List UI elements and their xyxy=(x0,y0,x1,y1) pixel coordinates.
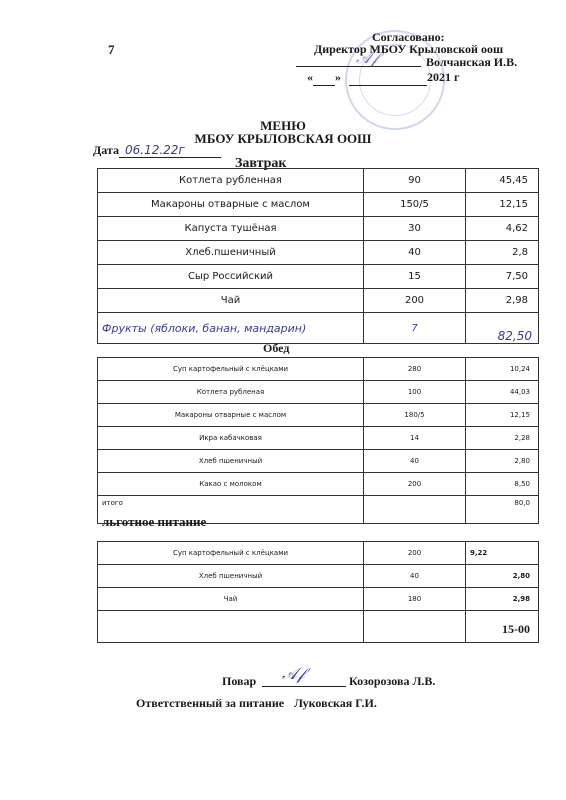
breakfast-table: Котлета рубленная9045,45Макароны отварны… xyxy=(97,168,539,344)
price: 2,28 xyxy=(466,427,539,450)
benefit-title: льготное питание xyxy=(102,514,206,530)
dish-name: Фрукты (яблоки, банан, мандарин) xyxy=(98,313,364,344)
total-qty xyxy=(364,496,466,524)
total-price: 80,0 xyxy=(466,496,539,524)
price: 44,03 xyxy=(466,381,539,404)
price: 82,50 xyxy=(466,313,539,344)
date-row: Дата06.12.22г xyxy=(93,143,221,158)
portion-size: 100 xyxy=(364,381,466,404)
dish-name: Икра кабачковая xyxy=(98,427,364,450)
portion-size: 30 xyxy=(364,217,466,241)
dish-name: Какао с молоком xyxy=(98,473,364,496)
portion-size: 180 xyxy=(364,588,466,611)
cook-signature: 𝒜𝒻 xyxy=(282,664,304,684)
price: 45,45 xyxy=(466,169,539,193)
dish-name: Макароны отварные с маслом xyxy=(98,404,364,427)
table-row: Хлеб пшеничный402,80 xyxy=(98,450,539,473)
table-row: Суп картофельный с клёцками2009,22 xyxy=(98,542,539,565)
director-signature: 𝒜𝒻 xyxy=(356,48,378,68)
price: 10,24 xyxy=(466,358,539,381)
portion-size: 40 xyxy=(364,450,466,473)
portion-size: 200 xyxy=(364,473,466,496)
date-label: Дата xyxy=(93,143,119,157)
date-close-quote: » xyxy=(335,70,341,84)
price: 4,62 xyxy=(466,217,539,241)
dish-name: Суп картофельный с клёцками xyxy=(98,542,364,565)
month-blank xyxy=(349,70,427,86)
table-row: Котлета рубленная9045,45 xyxy=(98,169,539,193)
dish-name: Капуста тушёная xyxy=(98,217,364,241)
price: 12,15 xyxy=(466,404,539,427)
portion-size: 150/5 xyxy=(364,193,466,217)
table-row: Макароны отварные с маслом150/512,15 xyxy=(98,193,539,217)
responsible-name: Луковская Г.И. xyxy=(294,696,377,711)
day-blank xyxy=(313,70,335,86)
price: 9,22 xyxy=(466,542,539,565)
portion-size: 15 xyxy=(364,265,466,289)
table-row: Чай1802,98 xyxy=(98,588,539,611)
price: 8,50 xyxy=(466,473,539,496)
dish-name: Котлета рубленая xyxy=(98,381,364,404)
cook-name: Козорозова Л.В. xyxy=(349,674,435,689)
total-row: 15-00 xyxy=(98,611,539,643)
total-price: 15-00 xyxy=(466,611,539,643)
price: 7,50 xyxy=(466,265,539,289)
dish-name: Макароны отварные с маслом xyxy=(98,193,364,217)
portion-size: 180/5 xyxy=(364,404,466,427)
dish-name: Хлеб пшеничный xyxy=(98,565,364,588)
dish-name: Хлеб пшеничный xyxy=(98,450,364,473)
price: 2,80 xyxy=(466,565,539,588)
page-number: 7 xyxy=(108,42,115,58)
portion-size: 40 xyxy=(364,241,466,265)
dish-name: Суп картофельный с клёцками xyxy=(98,358,364,381)
portion-size: 14 xyxy=(364,427,466,450)
portion-size: 200 xyxy=(364,542,466,565)
benefit-table: Суп картофельный с клёцками2009,22Хлеб п… xyxy=(97,541,539,643)
dish-name: Чай xyxy=(98,289,364,313)
school-name: МБОУ КРЫЛОВСКАЯ ООШ xyxy=(0,131,566,147)
cook-label: Повар xyxy=(222,674,256,689)
total-qty xyxy=(364,611,466,643)
dish-name: Сыр Российский xyxy=(98,265,364,289)
price: 12,15 xyxy=(466,193,539,217)
date-value: 06.12.22г xyxy=(119,143,221,158)
dish-name: Хлеб.пшеничный xyxy=(98,241,364,265)
table-row: Суп картофельный с клёцками28010,24 xyxy=(98,358,539,381)
price: 2,98 xyxy=(466,588,539,611)
table-row: Хлеб пшеничный402,80 xyxy=(98,565,539,588)
portion-size: 7 xyxy=(364,313,466,344)
lunch-table: Суп картофельный с клёцками28010,24Котле… xyxy=(97,357,539,524)
price: 2,98 xyxy=(466,289,539,313)
cook-signature-line xyxy=(262,686,346,687)
table-row: Какао с молоком2008,50 xyxy=(98,473,539,496)
responsible-label: Ответственный за питание xyxy=(136,696,284,711)
table-row: Капуста тушёная304,62 xyxy=(98,217,539,241)
table-row: Чай2002,98 xyxy=(98,289,539,313)
total-label xyxy=(98,611,364,643)
portion-size: 40 xyxy=(364,565,466,588)
dish-name: Котлета рубленная xyxy=(98,169,364,193)
table-row: Хлеб.пшеничный402,8 xyxy=(98,241,539,265)
portion-size: 200 xyxy=(364,289,466,313)
handwritten-row: Фрукты (яблоки, банан, мандарин)782,50 xyxy=(98,313,539,344)
portion-size: 280 xyxy=(364,358,466,381)
table-row: Котлета рубленая10044,03 xyxy=(98,381,539,404)
portion-size: 90 xyxy=(364,169,466,193)
approval-date: « » 2021 г xyxy=(307,70,459,86)
approval-year: 2021 г xyxy=(427,70,459,84)
price: 2,8 xyxy=(466,241,539,265)
table-row: Икра кабачковая142,28 xyxy=(98,427,539,450)
dish-name: Чай xyxy=(98,588,364,611)
table-row: Макароны отварные с маслом180/512,15 xyxy=(98,404,539,427)
approval-director-name: Волчанская И.В. xyxy=(426,55,517,70)
table-row: Сыр Российский157,50 xyxy=(98,265,539,289)
price: 2,80 xyxy=(466,450,539,473)
lunch-title: Обед xyxy=(263,341,289,356)
